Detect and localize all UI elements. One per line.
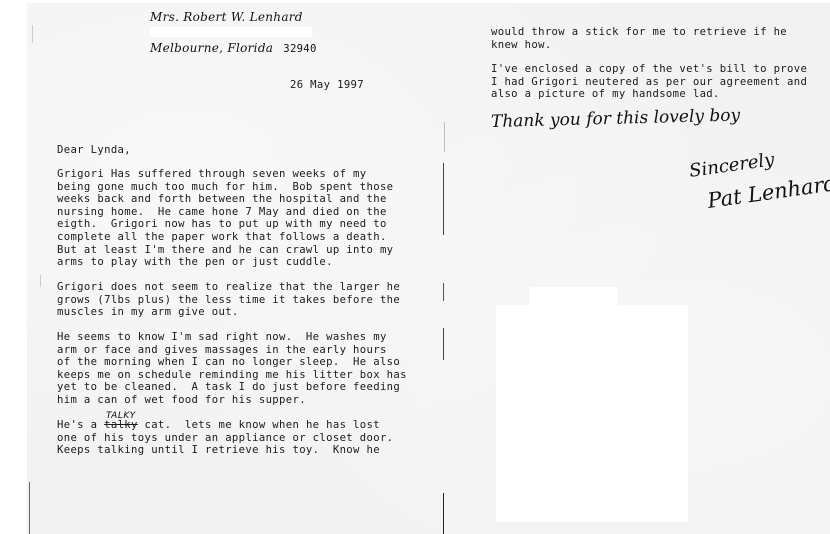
left-margin-line (29, 482, 30, 534)
redacted-photo-tab (530, 287, 618, 307)
handwritten-signature: Pat Lenhard (706, 171, 830, 213)
margin-mark (32, 25, 33, 43)
fold-mark (443, 493, 444, 534)
handwritten-closing: Sincerely (688, 149, 776, 182)
margin-mark (40, 275, 41, 287)
redacted-street-address (150, 27, 312, 37)
letter-date: 26 May 1997 (290, 79, 364, 92)
salutation: Dear Lynda, (57, 144, 131, 157)
paragraph-1: Grigori Has suffered through seven weeks… (57, 168, 393, 269)
letterhead-city: Melbourne, Florida32940 (150, 41, 317, 55)
paragraph-2: Grigori does not seem to realize that th… (57, 281, 400, 319)
fold-mark (443, 328, 444, 360)
paragraph-5: would throw a stick for me to retrieve i… (491, 26, 787, 51)
paragraph-3: He seems to know I'm sad right now. He w… (57, 331, 407, 407)
paragraph-6: I've enclosed a copy of the vet's bill t… (491, 63, 807, 101)
redacted-photo (496, 305, 688, 522)
letterhead-zip: 32940 (283, 43, 316, 55)
handwritten-thanks: Thank you for this lovely boy (491, 105, 740, 132)
fold-mark (443, 283, 444, 301)
fold-mark (444, 122, 445, 152)
paragraph-4: He's a talky cat. lets me know when he h… (57, 419, 393, 457)
letterhead-city-state: Melbourne, Florida (150, 41, 273, 55)
fold-mark (443, 163, 444, 235)
letterhead-name: Mrs. Robert W. Lenhard (150, 10, 303, 24)
paragraph-4-prefix: He's a (57, 419, 104, 431)
handwritten-correction: TALKY (106, 411, 136, 421)
